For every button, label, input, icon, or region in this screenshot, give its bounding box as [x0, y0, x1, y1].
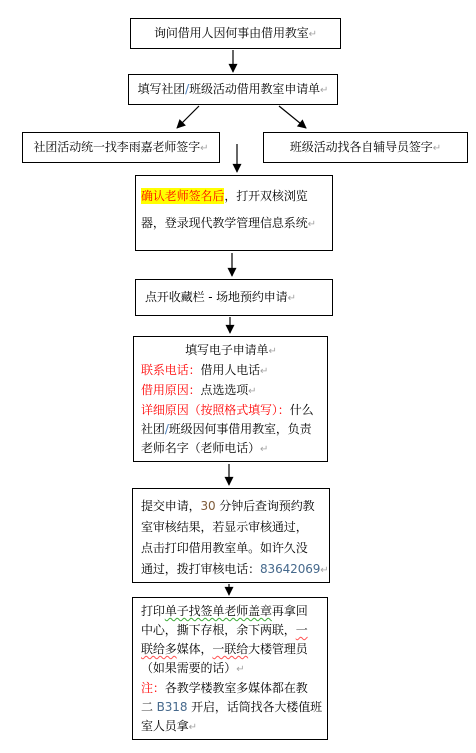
step9-room-number: B318: [157, 700, 188, 714]
step5-highlighted-text: 确认老师签名后: [141, 188, 224, 204]
step8-line4-a: 通过，拨打审核电话：: [141, 562, 260, 576]
paragraph-mark-icon: ↵: [309, 29, 317, 40]
paragraph-mark-icon: ↵: [260, 444, 268, 455]
step7-detail-reason-start: 什么: [290, 403, 314, 417]
step9-note-text-b: 二: [141, 700, 157, 714]
step4-text: 班级活动找各自辅导员签字: [290, 140, 433, 154]
step8-review-phone-number: 83642069: [260, 562, 320, 576]
paragraph-mark-icon: ↵: [236, 664, 244, 675]
step5-text-a: ，打开双核浏览: [224, 189, 307, 203]
step7-detail-line-b: 班级因何事借用教室，负责: [169, 422, 312, 436]
step2-text-b: 班级活动借用教室申请单: [189, 82, 320, 96]
step9-line1-grammar-flagged: 单子找签单老师盖章: [165, 604, 272, 618]
step7-detail-reason-label: 详细原因（按照格式填写）：: [141, 403, 290, 417]
step6-text: 点开收藏栏 - 场地预约申请: [145, 290, 288, 304]
flowchart-canvas: 询问借用人因何事由借用教室↵ 填写社团/班级活动借用教室申请单↵ 社团活动统一找…: [0, 0, 476, 753]
step-open-favorites-venue-booking: 点开收藏栏 - 场地预约申请↵: [135, 279, 333, 316]
step-fill-electronic-form: 填写电子申请单↵ 联系电话：借用人电话↵ 借用原因：点选选项↵ 详细原因（按照格…: [133, 336, 328, 462]
step9-note-text-c: 开启，话筒找各大楼值班: [187, 700, 322, 714]
paragraph-mark-icon: ↵: [433, 143, 441, 154]
paragraph-mark-icon: ↵: [308, 219, 316, 230]
step9-line1-a: 打印: [141, 604, 165, 618]
step7-contact-phone-value: 借用人电话: [201, 363, 261, 377]
paragraph-mark-icon: ↵: [268, 346, 276, 357]
step5-text-b: 器，登录现代教学管理信息系统: [141, 216, 308, 230]
step8-line3: 点击打印借用教室单。如许久没: [141, 541, 308, 555]
paragraph-mark-icon: ↵: [320, 565, 328, 576]
step7-contact-phone-label: 联系电话：: [141, 363, 201, 377]
paragraph-mark-icon: ↵: [288, 293, 296, 304]
step9-line3-spell-flagged-1: 联给多: [141, 642, 177, 656]
step9-line3-b: 大楼管理员: [248, 642, 308, 656]
step8-line1-a: 提交申请，: [141, 499, 201, 513]
step3-text: 社团活动统一找李雨嘉老师签字: [34, 140, 201, 154]
step7-title: 填写电子申请单: [185, 343, 268, 357]
paragraph-mark-icon: ↵: [200, 143, 208, 154]
step-club-teacher-sign: 社团活动统一找李雨嘉老师签字↵: [22, 132, 220, 163]
step7-borrow-reason-label: 借用原因：: [141, 383, 201, 397]
arrow-step2-step4-right: [279, 106, 306, 128]
paragraph-mark-icon: ↵: [248, 386, 256, 397]
step7-detail-line-c: 老师名字（老师电话）: [141, 441, 260, 455]
step9-line3-spell-flagged-2: 一联给: [212, 642, 248, 656]
paragraph-mark-icon: ↵: [189, 722, 197, 733]
step-confirm-signature-login-system: 确认老师签名后，打开双核浏览 器，登录现代教学管理信息系统↵: [135, 175, 333, 251]
step-ask-borrow-reason: 询问借用人因何事由借用教室↵: [130, 18, 341, 49]
step-fill-paper-form: 填写社团/班级活动借用教室申请单↵: [128, 74, 338, 105]
step-print-stamp-distribute-note: 打印单子找签单老师盖章再拿回 中心，撕下存根，余下两联，一 联给多媒体，一联给大…: [132, 597, 328, 740]
step9-line2-spell-flagged: 一: [296, 623, 308, 637]
step9-line3-a: 媒体，: [177, 642, 213, 656]
step9-line2-a: 中心，撕下存根，余下两联，: [141, 623, 296, 637]
step7-detail-line-a: 社团: [141, 422, 165, 436]
paragraph-mark-icon: ↵: [320, 85, 328, 96]
step2-text-a: 填写社团: [138, 82, 186, 96]
paragraph-mark-icon: ↵: [260, 366, 268, 377]
step8-line1-b: 分钟后查询预约教: [216, 499, 315, 513]
step7-borrow-reason-value: 点选选项: [201, 383, 249, 397]
step-submit-and-check-approval: 提交申请，30 分钟后查询预约教 室审核结果，若显示审核通过， 点击打印借用教室…: [132, 488, 330, 583]
step9-line1-b: 再拿回: [272, 604, 308, 618]
step8-minutes-number: 30: [201, 499, 216, 513]
step1-text: 询问借用人因何事由借用教室: [154, 26, 309, 40]
arrow-step2-step3-left: [177, 106, 199, 128]
step9-note-text-d: 室人员拿: [141, 719, 189, 733]
step9-line4: （如果需要的话）: [141, 661, 236, 675]
step-class-counselor-sign: 班级活动找各自辅导员签字↵: [263, 132, 468, 163]
step8-line2: 室审核结果，若显示审核通过，: [141, 520, 308, 534]
step9-note-text-a: 各教学楼教室多媒体都在教: [165, 681, 308, 695]
step9-note-label: 注：: [141, 681, 165, 695]
